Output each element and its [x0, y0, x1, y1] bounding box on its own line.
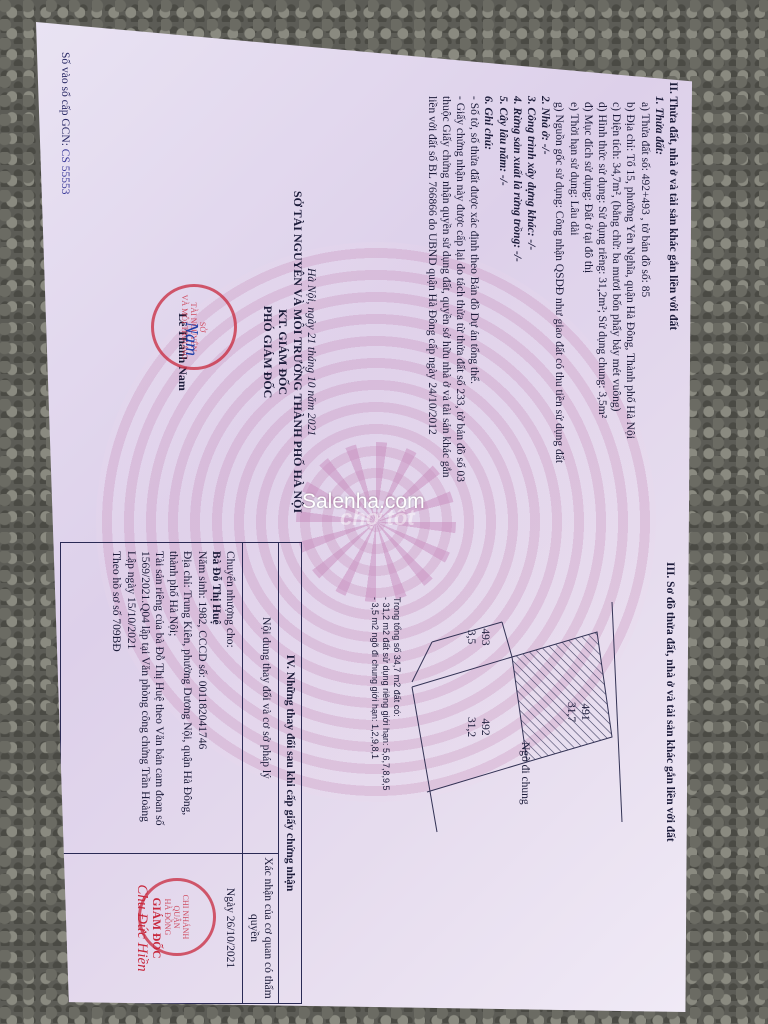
- note-line: Trong tổng số 34,7 m2 đất có:: [391, 597, 402, 791]
- change-line: Tài sản riêng của bà Đỗ Thị Huệ theo Văn…: [152, 551, 166, 851]
- parcel-493: 493 3,5: [464, 612, 492, 662]
- register-label: Số vào sổ cấp GCN:: [59, 52, 71, 146]
- branch-stamp: CHI NHÁNH QUẬN HÀ ĐÔNG: [138, 878, 216, 956]
- section-3-title: III. Sơ đồ thửa đất, nhà ở và tài sản kh…: [663, 562, 677, 842]
- change-line: Năm sinh: 1982, CCCD số: 001182041746: [194, 551, 208, 851]
- register-value: CS 55553: [59, 149, 71, 195]
- issuer-kt: KT. GIÁM ĐỐC: [275, 172, 290, 532]
- change-line: Chuyển nhượng cho:: [223, 551, 237, 851]
- issuer-org: SỞ TÀI NGUYÊN VÀ MÔI TRƯỜNG THÀNH PHỐ HÀ…: [290, 172, 305, 532]
- change-line: Bà Đỗ Thị Huệ: [209, 551, 223, 851]
- watermark-text: Salenha.com: [302, 490, 425, 514]
- section-4-title: IV. Những thay đổi sau khi cấp giấy chứn…: [283, 543, 297, 1003]
- parcel-491: 491 31,7: [564, 687, 592, 737]
- change-line: Địa chỉ: Trung Kiên, phường Dương Nội, q…: [180, 551, 194, 851]
- change-content: Chuyển nhượng cho: Bà Đỗ Thị Huệ Năm sin…: [109, 551, 237, 851]
- note-line: - 31,2 m2 đất sử dụng riêng giới hạn: 5,…: [380, 597, 391, 791]
- issuer-role: PHÓ GIÁM ĐỐC: [260, 172, 275, 532]
- confirm-date: Ngày 26/10/2021: [223, 855, 237, 1001]
- note-line: - 3,5 m2 ngõ đi chung giới hạn: 1,2,9,8,…: [369, 597, 380, 791]
- change-line: thành phố Hà Nội;: [166, 551, 180, 851]
- parcel-492: 492 31,2: [464, 702, 492, 752]
- parcel-id: 491: [578, 687, 592, 737]
- col-header-confirm: Xác nhận của cơ quan có thẩm quyền: [247, 855, 275, 1001]
- change-line: 1569/2021.Q04 lập tại Văn phòng công chứ…: [138, 551, 152, 851]
- col-header-content: Nội dung thay đổi và cơ sở pháp lý: [259, 543, 273, 853]
- parcel-area: 3,5: [464, 612, 478, 662]
- stamp-text: CHI NHÁNH: [182, 881, 191, 953]
- lane-label: Ngõ đi chung: [518, 742, 532, 805]
- stamp-text: QUẬN: [173, 881, 182, 953]
- parcel-id: 492: [478, 702, 492, 752]
- register-number: Số vào sổ cấp GCN: CS 55553: [58, 52, 72, 195]
- change-line: Lập ngày 15/10/2021: [123, 551, 137, 851]
- change-line: Theo hồ sơ số 709BĐ: [109, 551, 123, 851]
- parcel-area: 31,7: [564, 687, 578, 737]
- diagram-note: Trong tổng số 34,7 m2 đất có: - 31,2 m2 …: [369, 597, 402, 791]
- section-4-table: IV. Những thay đổi sau khi cấp giấy chứn…: [60, 542, 302, 1004]
- issue-date: Hà Nội, ngày 21 tháng 10 năm 2021: [305, 172, 317, 532]
- parcel-id: 493: [478, 612, 492, 662]
- issuer-signature: Nam: [181, 322, 202, 356]
- parcel-area: 31,2: [464, 702, 478, 752]
- stamp-text: HÀ ĐÔNG: [164, 881, 173, 953]
